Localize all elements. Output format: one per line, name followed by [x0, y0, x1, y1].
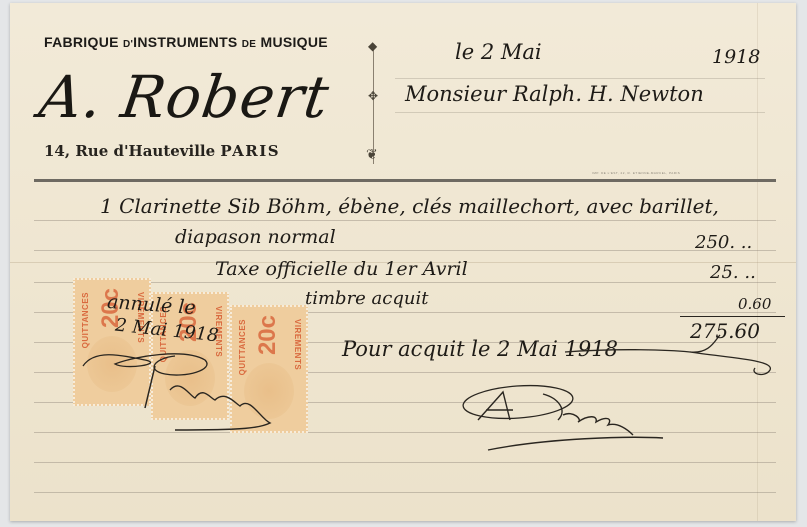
ornament-top-icon: ◆: [368, 40, 377, 52]
tax-description: Taxe officielle du 1er Avril: [215, 258, 468, 280]
recipient-name: Monsieur Ralph. H. Newton: [405, 82, 704, 106]
item-amount: 250. ..: [695, 232, 752, 253]
ruled-line: [34, 220, 776, 221]
ruled-line: [34, 250, 776, 251]
ornament-bottom-icon: ❦: [366, 148, 378, 162]
tax-amount: 25. ..: [710, 262, 756, 283]
title-word-fabrique: FABRIQUE: [44, 34, 119, 50]
item-description-line2: diapason normal: [175, 226, 336, 248]
ruled-line: [34, 492, 776, 493]
stamp-fee-amount: 0.60: [738, 295, 771, 313]
revenue-stamps: QUITTANCES 20c VIREMENTS QUITTANCES 20c …: [65, 278, 325, 448]
title-word-d: D': [123, 39, 133, 50]
ruled-line: [395, 112, 765, 113]
ornament-divider: [373, 44, 374, 164]
signature: [458, 380, 698, 480]
title-word-instruments: INSTRUMENTS: [133, 34, 237, 50]
item-description-line1: 1 Clarinette Sib Böhm, ébène, clés maill…: [100, 194, 719, 218]
printer-imprint: IMP. DE L'EST, 22, R. ETIENNE-MARCEL, PA…: [592, 171, 680, 175]
date-text: le 2 Mai: [455, 40, 542, 64]
stamp-cancellation-signature: [65, 278, 325, 448]
address-street: 14, Rue d'Hauteville: [44, 142, 215, 160]
date-year: 1918: [712, 46, 760, 68]
address-city: PARIS: [220, 142, 280, 160]
paper-fold-vertical: [757, 3, 758, 521]
company-address: 14, Rue d'Hauteville PARIS: [44, 142, 280, 160]
ruled-line: [395, 78, 765, 79]
brand-name: A. Robert: [36, 68, 333, 126]
title-word-de: DE: [242, 39, 257, 50]
letterhead-title: FABRIQUE D'INSTRUMENTS DE MUSIQUE: [44, 34, 328, 50]
sum-underline: [680, 316, 785, 317]
title-word-musique: MUSIQUE: [260, 34, 327, 50]
ornament-middle-icon: ✥: [368, 90, 378, 102]
flourish-stroke: [560, 330, 780, 380]
header-divider: [34, 179, 776, 182]
